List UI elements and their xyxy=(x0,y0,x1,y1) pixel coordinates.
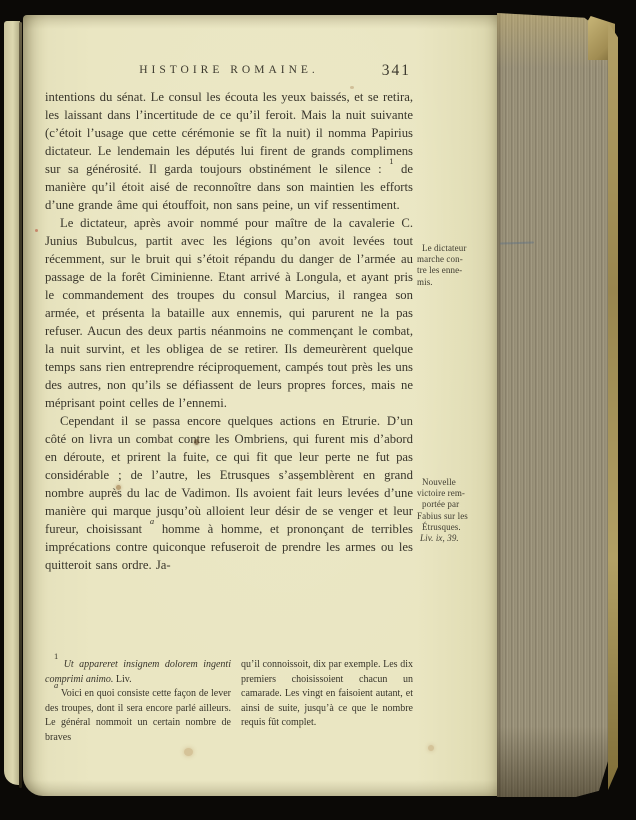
margin-note-citation: Liv. ix, 39. xyxy=(417,533,497,544)
margin-note-dictator: Le dictateur marche con- tre les enne- m… xyxy=(417,243,497,288)
footnote-ref-a: a xyxy=(150,516,154,526)
age-spot xyxy=(350,86,354,89)
paragraph: Cependant il se passa encore quelques ac… xyxy=(45,412,413,574)
age-spot xyxy=(194,439,199,445)
margin-note-victory: Nouvelle victoire rem- portée par Fabius… xyxy=(417,477,497,544)
margin-note-line: Étrusques. xyxy=(417,522,497,533)
paragraph-text: Le dictateur, après avoir nommé pour maî… xyxy=(45,216,413,410)
margin-note-line: mis. xyxy=(417,277,497,288)
paragraph-text: intentions du sénat. Le consul les écout… xyxy=(45,90,413,176)
age-spot xyxy=(428,745,434,751)
footnote-marker-a: a xyxy=(54,680,58,690)
age-spot xyxy=(299,477,303,481)
footnotes: 1 Ut appareret insignem dolorem ingenti … xyxy=(45,658,413,745)
footnote-text: Voici en quoi consiste cette façon de le… xyxy=(45,688,231,743)
margin-note-line: marche con- xyxy=(417,254,497,265)
header-title: HISTOIRE ROMAINE. xyxy=(45,64,413,76)
book-page: HISTOIRE ROMAINE. 341 intentions du séna… xyxy=(23,15,497,796)
fore-edge-pages xyxy=(497,13,609,797)
footnote-column-right: qu’il connoissoit, dix par exemple. Les … xyxy=(241,658,413,745)
previous-page-edge xyxy=(4,21,20,785)
age-spot xyxy=(35,229,38,232)
body-text: intentions du sénat. Le consul les écout… xyxy=(45,88,413,654)
margin-note-line: Le dictateur xyxy=(417,243,497,254)
footnote-latin-text: Ut appareret insignem dolorem ingenti co… xyxy=(45,659,231,685)
paragraph: intentions du sénat. Le consul les écout… xyxy=(45,88,413,214)
footnote-continuation: qu’il connoissoit, dix par exemple. Les … xyxy=(241,658,413,731)
margin-note-line: victoire rem- xyxy=(417,488,497,499)
footnote-marker-1: 1 xyxy=(54,651,58,661)
age-spot xyxy=(116,485,121,490)
footnote-text: Liv. xyxy=(113,674,131,685)
margin-note-line: Nouvelle xyxy=(417,477,497,488)
running-header: HISTOIRE ROMAINE. 341 xyxy=(45,64,413,86)
age-spot xyxy=(184,748,193,756)
page-number: 341 xyxy=(382,62,411,80)
fore-edge-outer-strip xyxy=(608,22,618,790)
footnote: 1 Ut appareret insignem dolorem ingenti … xyxy=(45,658,231,687)
gutter-crease xyxy=(19,22,22,788)
paragraph: Le dictateur, après avoir nommé pour maî… xyxy=(45,214,413,412)
book-scan-photo: HISTOIRE ROMAINE. 341 intentions du séna… xyxy=(0,0,636,820)
margin-note-line: tre les enne- xyxy=(417,265,497,276)
footnote: a Voici en quoi consiste cette façon de … xyxy=(45,687,231,745)
footnote-ref-1: 1 xyxy=(389,156,393,166)
margin-note-line: Fabius sur les xyxy=(417,511,497,522)
footnote-column-left: 1 Ut appareret insignem dolorem ingenti … xyxy=(45,658,231,745)
paragraph-text: Cependant il se passa encore quelques ac… xyxy=(45,414,413,536)
margin-note-line: portée par xyxy=(417,499,497,510)
